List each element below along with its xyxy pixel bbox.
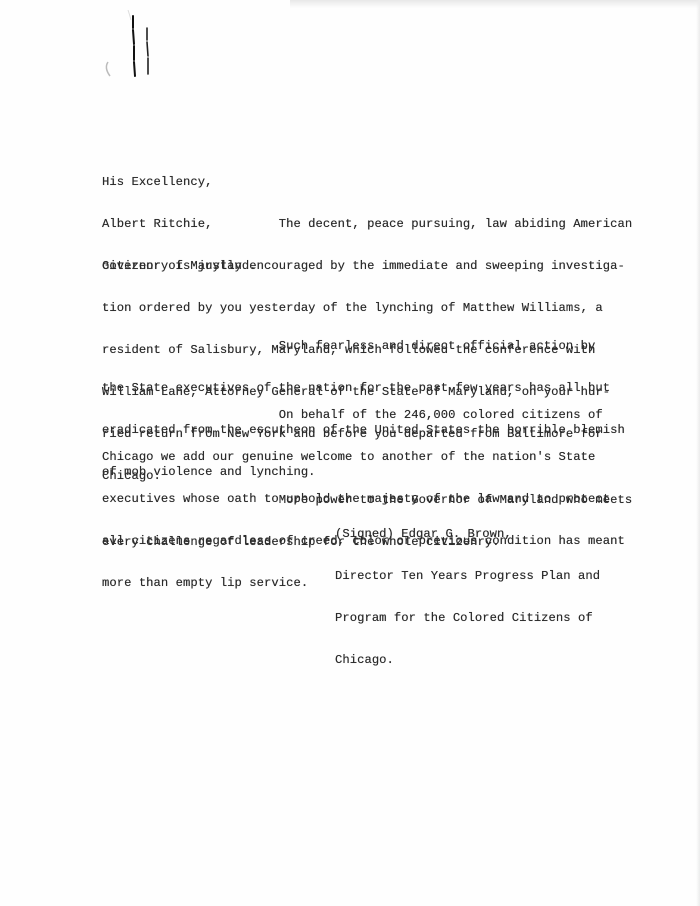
- letter-page: His Excellency, Albert Ritchie, Governor…: [0, 0, 700, 906]
- signature-line: Chicago.: [335, 653, 600, 667]
- page-right-edge: [696, 0, 700, 906]
- paragraph-line: Such fearless and direct official action…: [102, 339, 625, 353]
- signature-line: Program for the Colored Citizens of: [335, 611, 600, 625]
- addressee-line: His Excellency,: [102, 175, 257, 189]
- paragraph-line: Chicago we add our genuine welcome to an…: [102, 450, 625, 464]
- signature-block: (Signed) Edgar G. Brown, Director Ten Ye…: [335, 499, 600, 695]
- handwritten-marks: [100, 10, 160, 80]
- paragraph-line: citizenry is justly encouraged by the im…: [102, 259, 632, 273]
- paragraph-line: On behalf of the 246,000 colored citizen…: [102, 408, 625, 422]
- paragraph-line: The decent, peace pursuing, law abiding …: [102, 217, 632, 231]
- signature-line: (Signed) Edgar G. Brown,: [335, 527, 600, 541]
- page-edge-shadow: [290, 0, 700, 8]
- signature-line: Director Ten Years Progress Plan and: [335, 569, 600, 583]
